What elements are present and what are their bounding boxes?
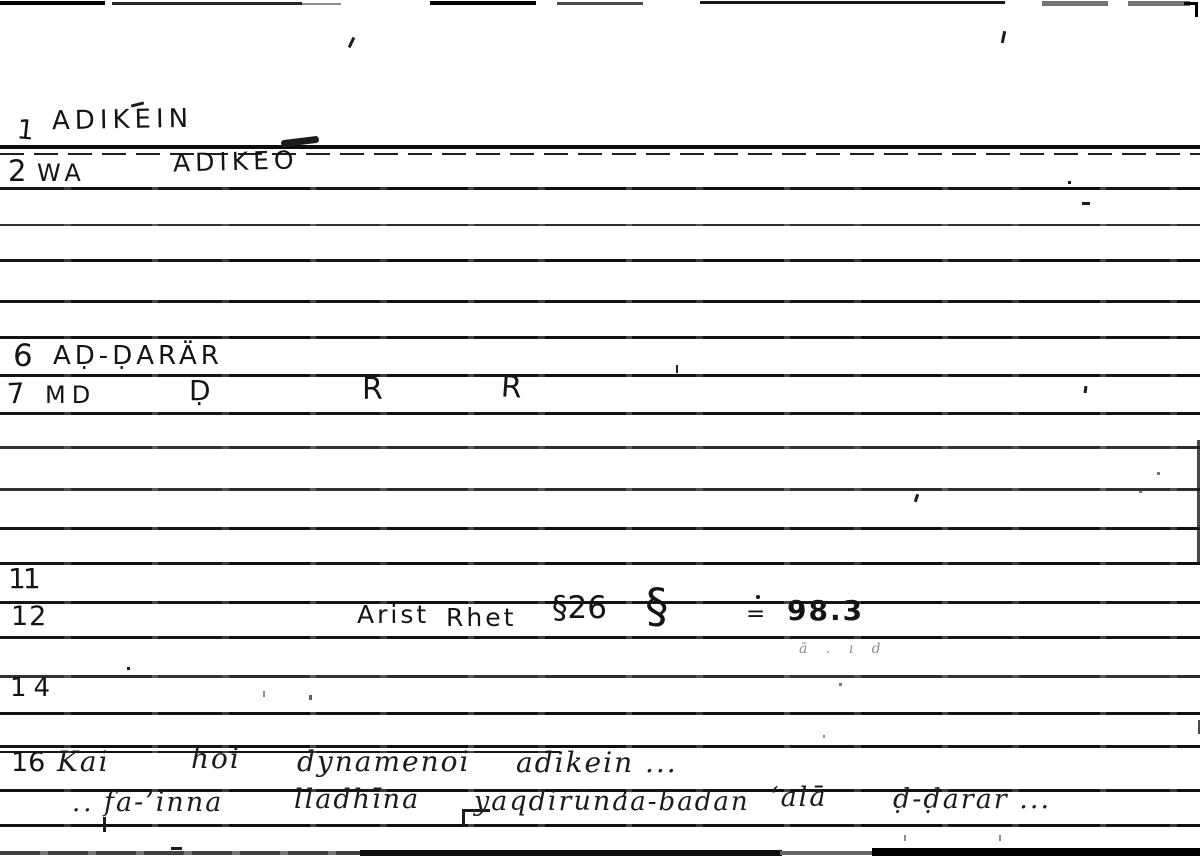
- line-11-number: 11: [8, 565, 38, 593]
- line-12-number: 12: [11, 603, 47, 630]
- line-2-number: 2: [8, 157, 26, 186]
- ink-tick: [103, 817, 106, 832]
- faint-pencil-note: ā . ı d: [799, 642, 888, 656]
- ink-speck: [127, 667, 130, 670]
- line-7-letter-r1: R: [362, 375, 383, 405]
- line-7-letter-d: Ḍ: [189, 377, 211, 405]
- ink-tick: [171, 847, 182, 850]
- scan-edge-artifact: [0, 1, 105, 5]
- ruled-line: [0, 824, 1200, 827]
- line-2-word-wa: WA: [37, 161, 86, 185]
- greek-word: hoi: [191, 745, 241, 773]
- line-7-letter-r2: R: [500, 372, 523, 403]
- ink-speck: [1068, 181, 1071, 184]
- ink-speck: [914, 494, 919, 502]
- ink-speck: [1139, 491, 1142, 493]
- ruled-line: [0, 712, 1200, 715]
- line-14-number: 14: [10, 675, 57, 701]
- ink-speck: [999, 835, 1001, 841]
- ruled-line: [0, 300, 1200, 303]
- scan-edge-artifact: [301, 3, 341, 5]
- line-16-number: 16: [11, 749, 45, 776]
- ink-speck: [1157, 472, 1160, 475]
- citation-author: Arist: [357, 602, 429, 627]
- scan-bottom-band: [0, 851, 362, 855]
- ink-speck: [823, 735, 825, 738]
- equals-sign: =: [746, 603, 765, 626]
- arabic-word: lladhīna: [294, 786, 420, 813]
- line-2-word-adikeo: ADIKĒO: [173, 147, 299, 175]
- ruled-line: [0, 636, 1200, 639]
- scan-edge-artifact: [557, 2, 643, 5]
- ruled-line: [0, 259, 1200, 262]
- arabic-word: ‘alā: [770, 784, 827, 811]
- ink-speck: [263, 691, 265, 697]
- arabic-word: ..: [72, 790, 95, 816]
- index-card: 1 ADIKEIN 2 WA ADIKĒO 6 AḌ-ḌARÄR 7 MD Ḍ …: [0, 0, 1200, 859]
- arabic-word: ḍ-ḍarar ...: [893, 786, 1051, 813]
- ink-speck: [309, 695, 312, 700]
- line-6-headword: AḌ-ḌARÄR: [53, 343, 223, 369]
- arabic-word: fa-’inna: [104, 789, 223, 816]
- ruled-line: [0, 374, 1200, 377]
- ruled-line: [0, 412, 1200, 415]
- citation-page: 98.3: [787, 597, 864, 625]
- scan-edge-artifact: [1128, 1, 1190, 6]
- line-6-number: 6: [12, 340, 34, 372]
- ruled-line: [0, 562, 1200, 565]
- citation-work: Rhet: [446, 605, 516, 630]
- line-7-number: 7: [6, 380, 25, 409]
- arabic-word: yaqdirūna: [474, 788, 630, 815]
- ink-speck: [1001, 31, 1006, 43]
- citation-paragraph-sign: §: [645, 583, 669, 630]
- ink-speck: [839, 683, 842, 686]
- ruled-line: [0, 527, 1200, 530]
- ink-speck: [1082, 202, 1090, 205]
- ink-speck: [348, 37, 355, 48]
- arabic-word: ’a-badan: [620, 789, 750, 815]
- scan-edge-artifact: [112, 2, 302, 5]
- ruled-line: [0, 224, 1200, 226]
- ink-tick: [462, 809, 490, 812]
- citation-section: §26: [552, 593, 607, 624]
- ink-speck: [676, 365, 678, 373]
- scan-edge-artifact: [430, 1, 536, 5]
- line-1-headword: ADIKEIN: [52, 106, 194, 134]
- scan-edge-artifact: [1197, 440, 1200, 565]
- ruled-line: [0, 336, 1200, 339]
- ruled-line: [0, 675, 1200, 678]
- ink-speck: [904, 835, 906, 841]
- ink-tick: [462, 809, 465, 827]
- ruled-line: [0, 446, 1200, 449]
- ruled-line: [0, 488, 1200, 491]
- line-1-number: 1: [16, 116, 36, 145]
- scan-bottom-band: [780, 851, 874, 855]
- greek-word: Kai: [57, 748, 110, 776]
- scan-bottom-band: [360, 850, 782, 856]
- greek-word: dynamenoi: [297, 748, 470, 776]
- scan-edge-artifact: [700, 1, 1005, 4]
- ruled-line: [0, 187, 1200, 190]
- equals-dot: [756, 595, 760, 599]
- greek-word: adikein ...: [516, 749, 678, 777]
- scan-bottom-band: [872, 848, 1200, 856]
- ink-speck: [1084, 386, 1087, 393]
- line-7-abbrev: MD: [45, 383, 96, 407]
- scan-corner-mark: [1195, 2, 1198, 17]
- scan-edge-artifact: [1042, 1, 1108, 6]
